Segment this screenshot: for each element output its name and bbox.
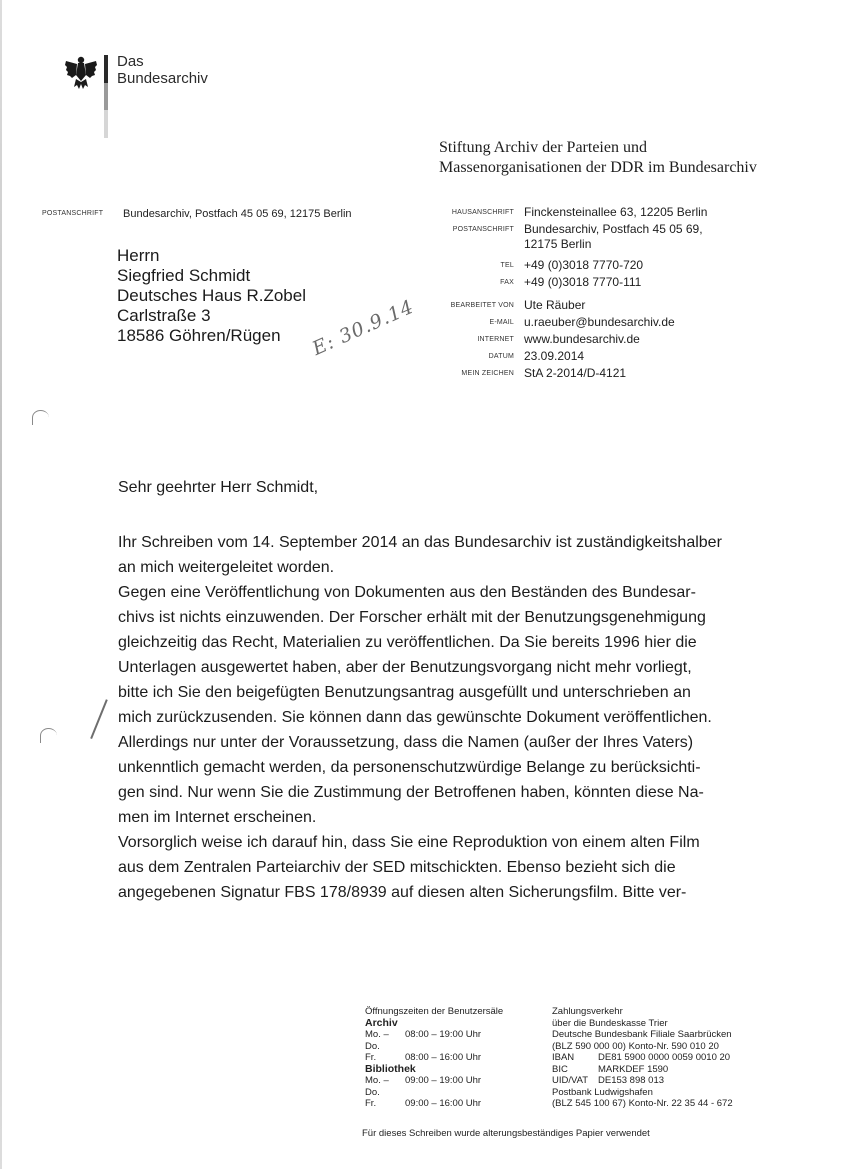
contact-info-block: Hausanschrift Finckensteinallee 63, 1220… [420, 205, 720, 383]
punch-hole-mark [40, 728, 57, 743]
info-datum: Datum 23.09.2014 [420, 349, 720, 364]
info-mein-zeichen: Mein Zeichen StA 2-2014/D-4121 [420, 366, 720, 381]
sender-address: Bundesarchiv, Postfach 45 05 69, 12175 B… [123, 208, 352, 220]
foundation-header: Stiftung Archiv der Parteien und Masseno… [439, 138, 757, 178]
opening-hours: Öffnungszeiten der Benutzersäle Archiv M… [365, 1006, 503, 1110]
federal-eagle-icon [64, 55, 98, 91]
info-email: E-Mail u.raeuber@bundesarchiv.de [420, 315, 720, 330]
scan-edge [0, 0, 2, 1169]
info-fax: Fax +49 (0)3018 7770-111 [420, 275, 720, 290]
sender-label: Postanschrift [42, 210, 103, 217]
info-hausanschrift: Hausanschrift Finckensteinallee 63, 1220… [420, 205, 720, 220]
punch-hole-mark [32, 410, 49, 425]
handwritten-receipt-note: E: 30.9.14 [309, 296, 417, 360]
info-bearbeitet-von: Bearbeitet von Ute Räuber [420, 298, 720, 313]
payment-info: Zahlungsverkehr über die Bundeskasse Tri… [552, 1006, 733, 1110]
info-postanschrift: Postanschrift Bundesarchiv, Postfach 45 … [420, 222, 720, 252]
logo-wordmark: Das Bundesarchiv [117, 53, 208, 87]
paper-note: Für dieses Schreiben wurde alterungsbest… [362, 1128, 650, 1139]
info-internet: Internet www.bundesarchiv.de [420, 332, 720, 347]
logo-color-bar [104, 55, 108, 138]
salutation: Sehr geehrter Herr Schmidt, [118, 479, 318, 497]
pen-mark [90, 699, 107, 739]
recipient-address: Herrn Siegfried Schmidt Deutsches Haus R… [117, 246, 306, 346]
info-tel: Tel +49 (0)3018 7770-720 [420, 258, 720, 273]
letter-body: Ihr Schreiben vom 14. September 2014 an … [118, 530, 758, 905]
